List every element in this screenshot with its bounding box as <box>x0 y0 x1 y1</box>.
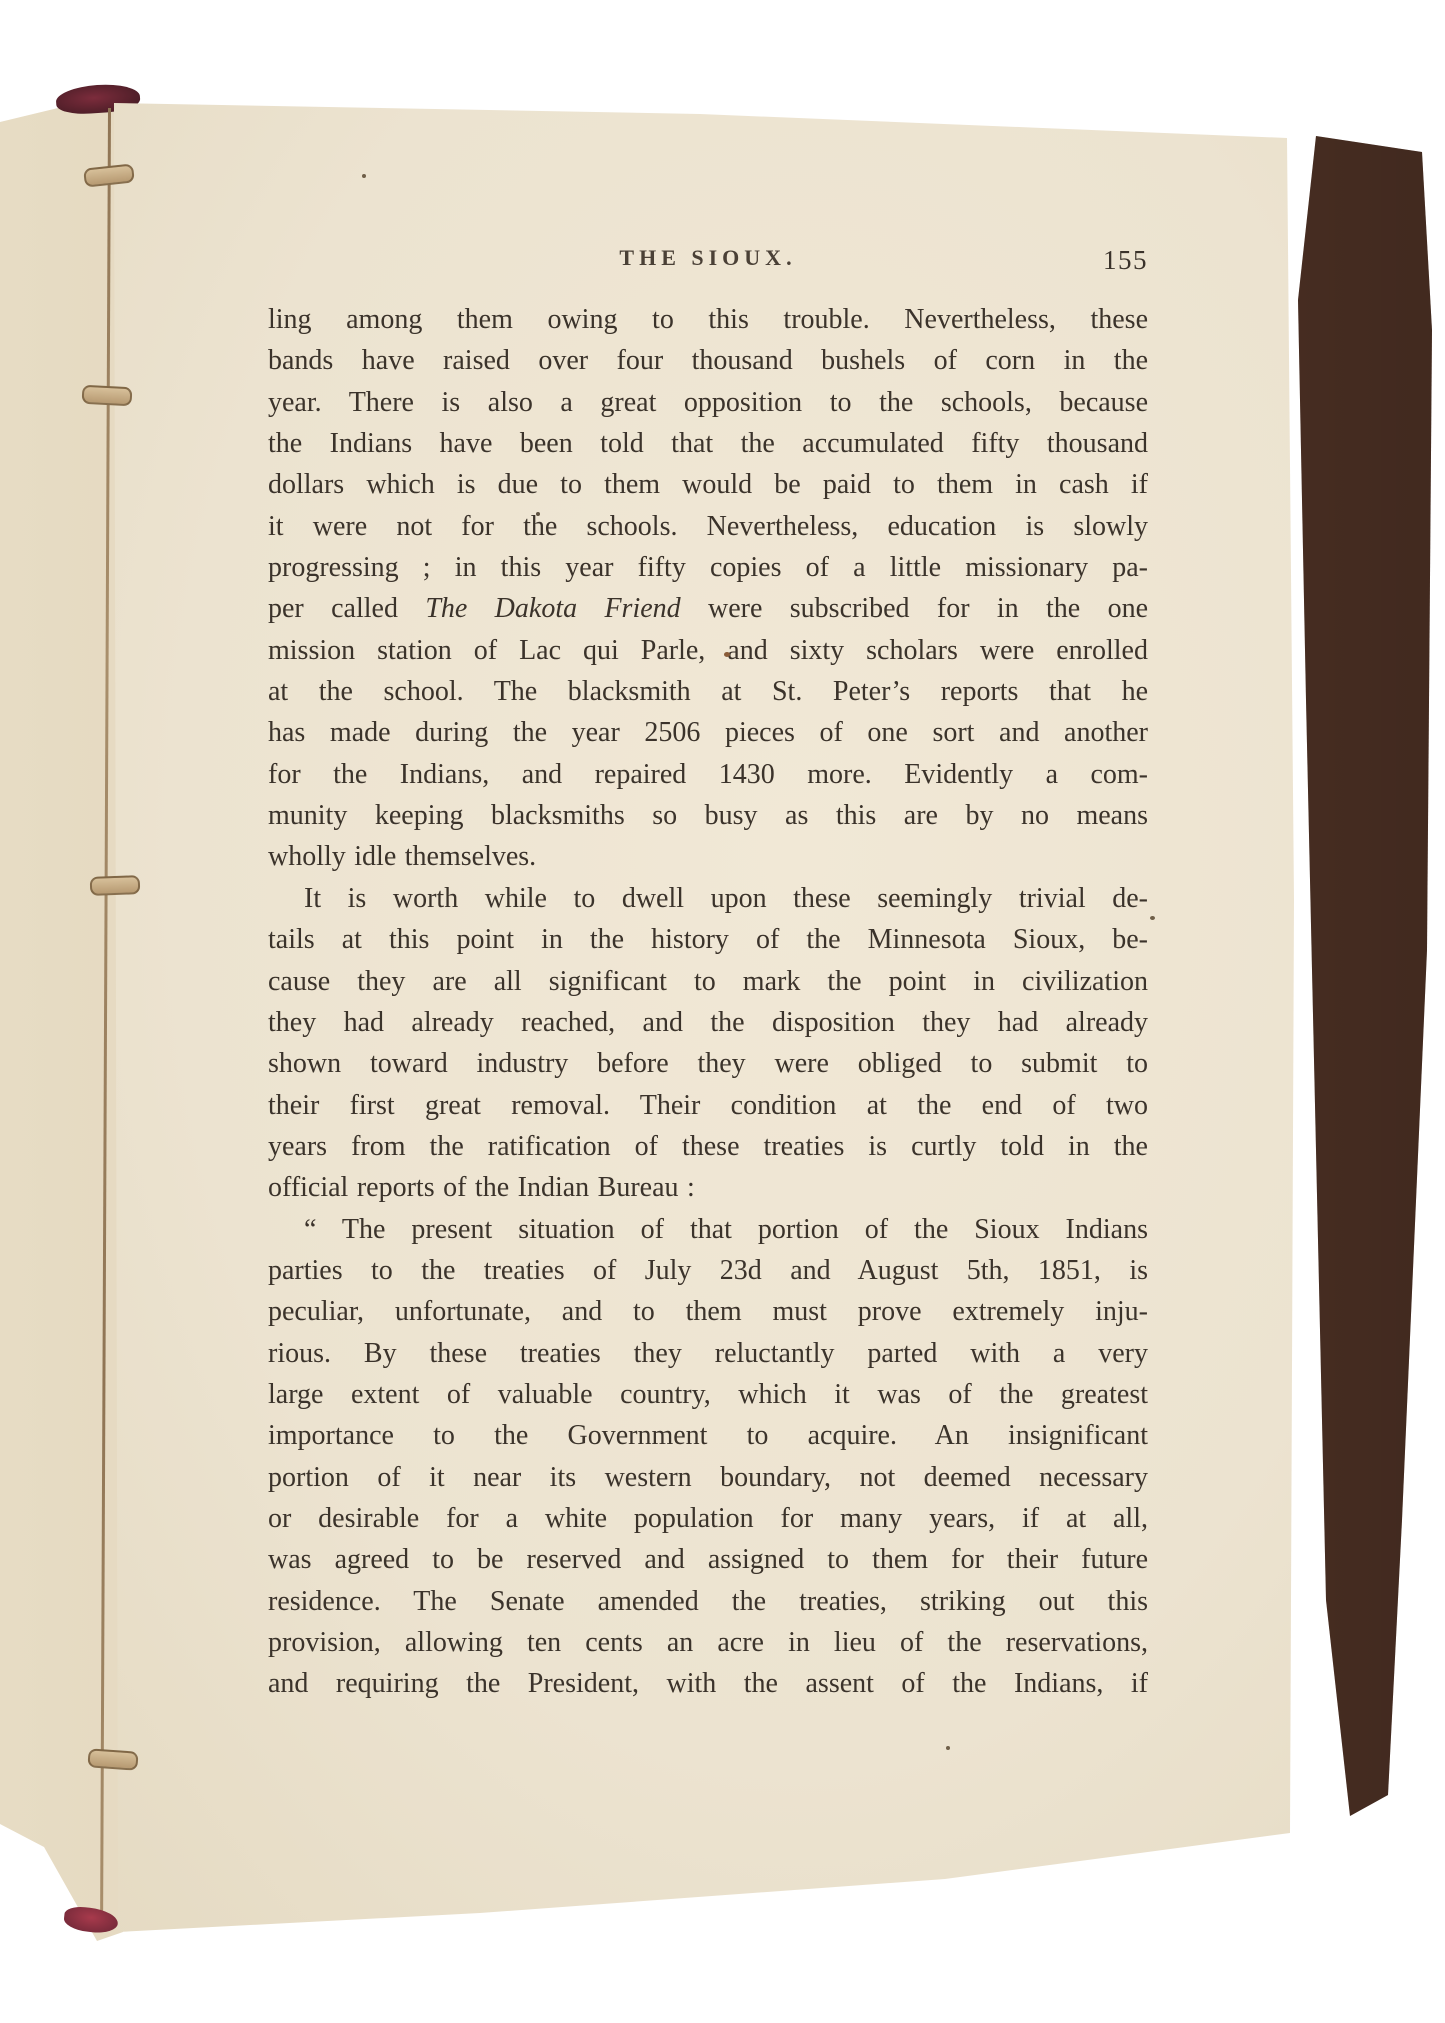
text-line: years from the ratification of these tre… <box>268 1126 1148 1167</box>
paragraph: “ The present situation of that portion … <box>268 1209 1148 1705</box>
text-block: ling among them owing to this trouble. N… <box>268 299 1148 1705</box>
text-line: rious. By these treaties they reluctantl… <box>268 1333 1148 1374</box>
paper-speck <box>724 652 730 657</box>
paper-speck <box>1150 916 1155 920</box>
text-line: shown toward industry before they were o… <box>268 1043 1148 1084</box>
text-line: ling among them owing to this trouble. N… <box>268 299 1148 340</box>
paper-speck <box>362 174 366 178</box>
text-line: tails at this point in the history of th… <box>268 919 1148 960</box>
page-number: 155 <box>1103 245 1148 276</box>
book-photo: THE SIOUX. 155 ling among them owing to … <box>0 0 1445 2023</box>
text-line: portion of it near its western boundary,… <box>268 1457 1148 1498</box>
text-line: mission station of Lac qui Parle, and si… <box>268 630 1148 671</box>
text-line: or desirable for a white population for … <box>268 1498 1148 1539</box>
text-line: It is worth while to dwell upon these se… <box>268 878 1148 919</box>
text-line: cause they are all significant to mark t… <box>268 961 1148 1002</box>
text-line: they had already reached, and the dispos… <box>268 1002 1148 1043</box>
text-line: peculiar, unfortunate, and to them must … <box>268 1291 1148 1332</box>
text-line: provision, allowing ten cents an acre in… <box>268 1622 1148 1663</box>
paper-speck <box>946 1746 950 1750</box>
text-line: residence. The Senate amended the treati… <box>268 1581 1148 1622</box>
running-title: THE SIOUX. <box>268 245 1148 271</box>
text-line: year. There is also a great opposition t… <box>268 382 1148 423</box>
text-line: for the Indians, and repaired 1430 more.… <box>268 754 1148 795</box>
binding-stitch <box>82 385 133 407</box>
text-line: importance to the Government to acquire.… <box>268 1415 1148 1456</box>
text-line: progressing ; in this year fifty copies … <box>268 547 1148 588</box>
text-line: “ The present situation of that portion … <box>268 1209 1148 1250</box>
binding-stitch <box>90 875 141 896</box>
text-line: was agreed to be reserved and assigned t… <box>268 1539 1148 1580</box>
text-line: bands have raised over four thousand bus… <box>268 340 1148 381</box>
text-line: munity keeping blacksmiths so busy as th… <box>268 795 1148 836</box>
binding-stitch <box>87 1748 138 1770</box>
text-line: has made during the year 2506 pieces of … <box>268 712 1148 753</box>
text-line: dollars which is due to them would be pa… <box>268 464 1148 505</box>
text-line: and requiring the President, with the as… <box>268 1663 1148 1704</box>
paragraph: ling among them owing to this trouble. N… <box>268 299 1148 878</box>
text-line: large extent of valuable country, which … <box>268 1374 1148 1415</box>
text-line: at the school. The blacksmith at St. Pet… <box>268 671 1148 712</box>
paper-speck <box>536 512 540 516</box>
text-line: parties to the treaties of July 23d and … <box>268 1250 1148 1291</box>
book-page: THE SIOUX. 155 ling among them owing to … <box>0 0 1445 2023</box>
paragraph: It is worth while to dwell upon these se… <box>268 878 1148 1209</box>
text-line: per called The Dakota Friend were subscr… <box>268 588 1148 629</box>
text-line: it were not for the schools. Nevertheles… <box>268 506 1148 547</box>
page-header: THE SIOUX. 155 <box>268 245 1148 281</box>
text-line: official reports of the Indian Bureau : <box>268 1167 1148 1208</box>
text-line: wholly idle themselves. <box>268 836 1148 877</box>
text-line: their first great removal. Their conditi… <box>268 1085 1148 1126</box>
text-line: the Indians have been told that the accu… <box>268 423 1148 464</box>
